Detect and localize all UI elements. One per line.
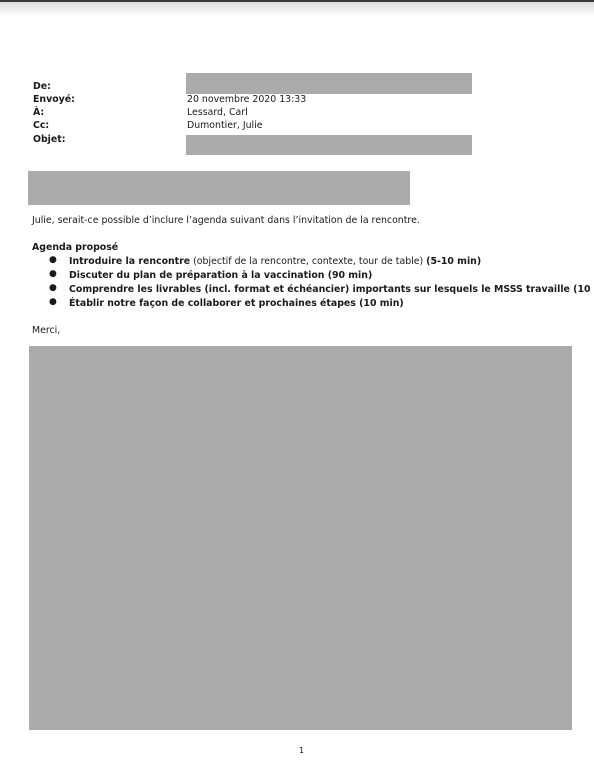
subject-value-redacted [186, 135, 472, 155]
bullet-icon: ● [49, 297, 57, 307]
bullet-icon: ● [49, 255, 57, 265]
from-value-redacted [186, 73, 472, 94]
bullet-icon: ● [49, 283, 57, 293]
viewer-top-shadow [0, 2, 594, 16]
redacted-block-2 [29, 346, 572, 730]
from-label: De: [33, 81, 51, 93]
page-number: 1 [299, 746, 304, 755]
bullet-icon: ● [49, 269, 57, 279]
sent-label: Envoyé: [33, 94, 75, 106]
sent-value: 20 novembre 2020 13:33 [187, 94, 306, 106]
intro-text: Julie, serait-ce possible d’inclure l’ag… [32, 214, 420, 227]
cc-value: Dumontier, Julie [187, 120, 263, 132]
to-value: Lessard, Carl [187, 107, 248, 119]
to-label: À: [33, 107, 44, 119]
agenda-title: Agenda proposé [32, 241, 118, 254]
redacted-block-1 [28, 171, 410, 205]
agenda-item: Comprendre les livrables (incl. format e… [69, 283, 594, 296]
agenda-item: Établir notre façon de collaborer et pro… [69, 297, 404, 310]
subject-label: Objet: [33, 134, 65, 146]
agenda-item: Introduire la rencontre (objectif de la … [69, 255, 481, 268]
closing-text: Merci, [32, 324, 60, 337]
agenda-item: Discuter du plan de préparation à la vac… [69, 269, 372, 282]
cc-label: Cc: [33, 120, 49, 132]
